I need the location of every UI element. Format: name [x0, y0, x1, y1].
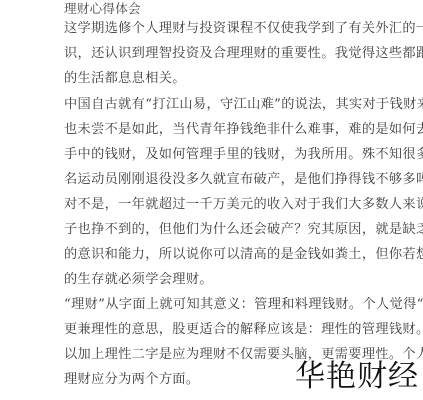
- paragraph-1-line-1: 这学期选修个人理财与投资课程不仅使我学到了有关外汇的一些知: [64, 21, 423, 37]
- paragraph-2-line-3: 手中的钱财，及如何管理手里的钱财，为我所用。殊不知很多的知: [64, 147, 423, 163]
- paragraph-2-line-2: 也未尝不是如此，当代青年挣钱绝非什么难事，难的是如何去打理: [64, 122, 423, 138]
- paragraph-1-line-2: 识，还认识到理智投资及合理理财的重要性。我觉得这些都跟我们: [64, 46, 423, 62]
- paragraph-2-line-7: 的意识和能力，所以说你可以清高的是金钱如粪土，但你若想更好: [64, 247, 423, 263]
- paragraph-2-line-1: 中国自古就有“打江山易，守江山难”的说法，其实对于钱财来说: [64, 97, 423, 113]
- paragraph-2-line-5: 对不是，一年就超过一千万美元的收入对于我们大多数人来说一辈: [64, 197, 423, 213]
- paragraph-3-line-2: 更兼理性的意思，股更适合的解释应该是：理性的管理钱财。之所: [64, 322, 423, 338]
- paragraph-1-line-3: 的生活都息息相关。: [64, 71, 186, 87]
- paragraph-3-line-4: 理财应分为两个方面。: [64, 372, 199, 388]
- paragraph-2-line-8: 的生存就必须学会理财。: [64, 272, 213, 288]
- watermark-logo: 华艳财经: [293, 360, 419, 394]
- paragraph-2-line-6: 子也挣不到的，但他们为什么还会破产？究其原因，就是缺乏理财: [64, 222, 423, 238]
- document-title: 理财心得体会: [64, 1, 141, 17]
- paragraph-3-line-1: “理财”从字面上就可知其意义：管理和料理钱财。个人觉得“理”: [64, 297, 423, 313]
- paragraph-2-line-4: 名运动员刚刚退役没多久就宣布破产，是他们挣得钱不够多吗？绝: [64, 172, 423, 188]
